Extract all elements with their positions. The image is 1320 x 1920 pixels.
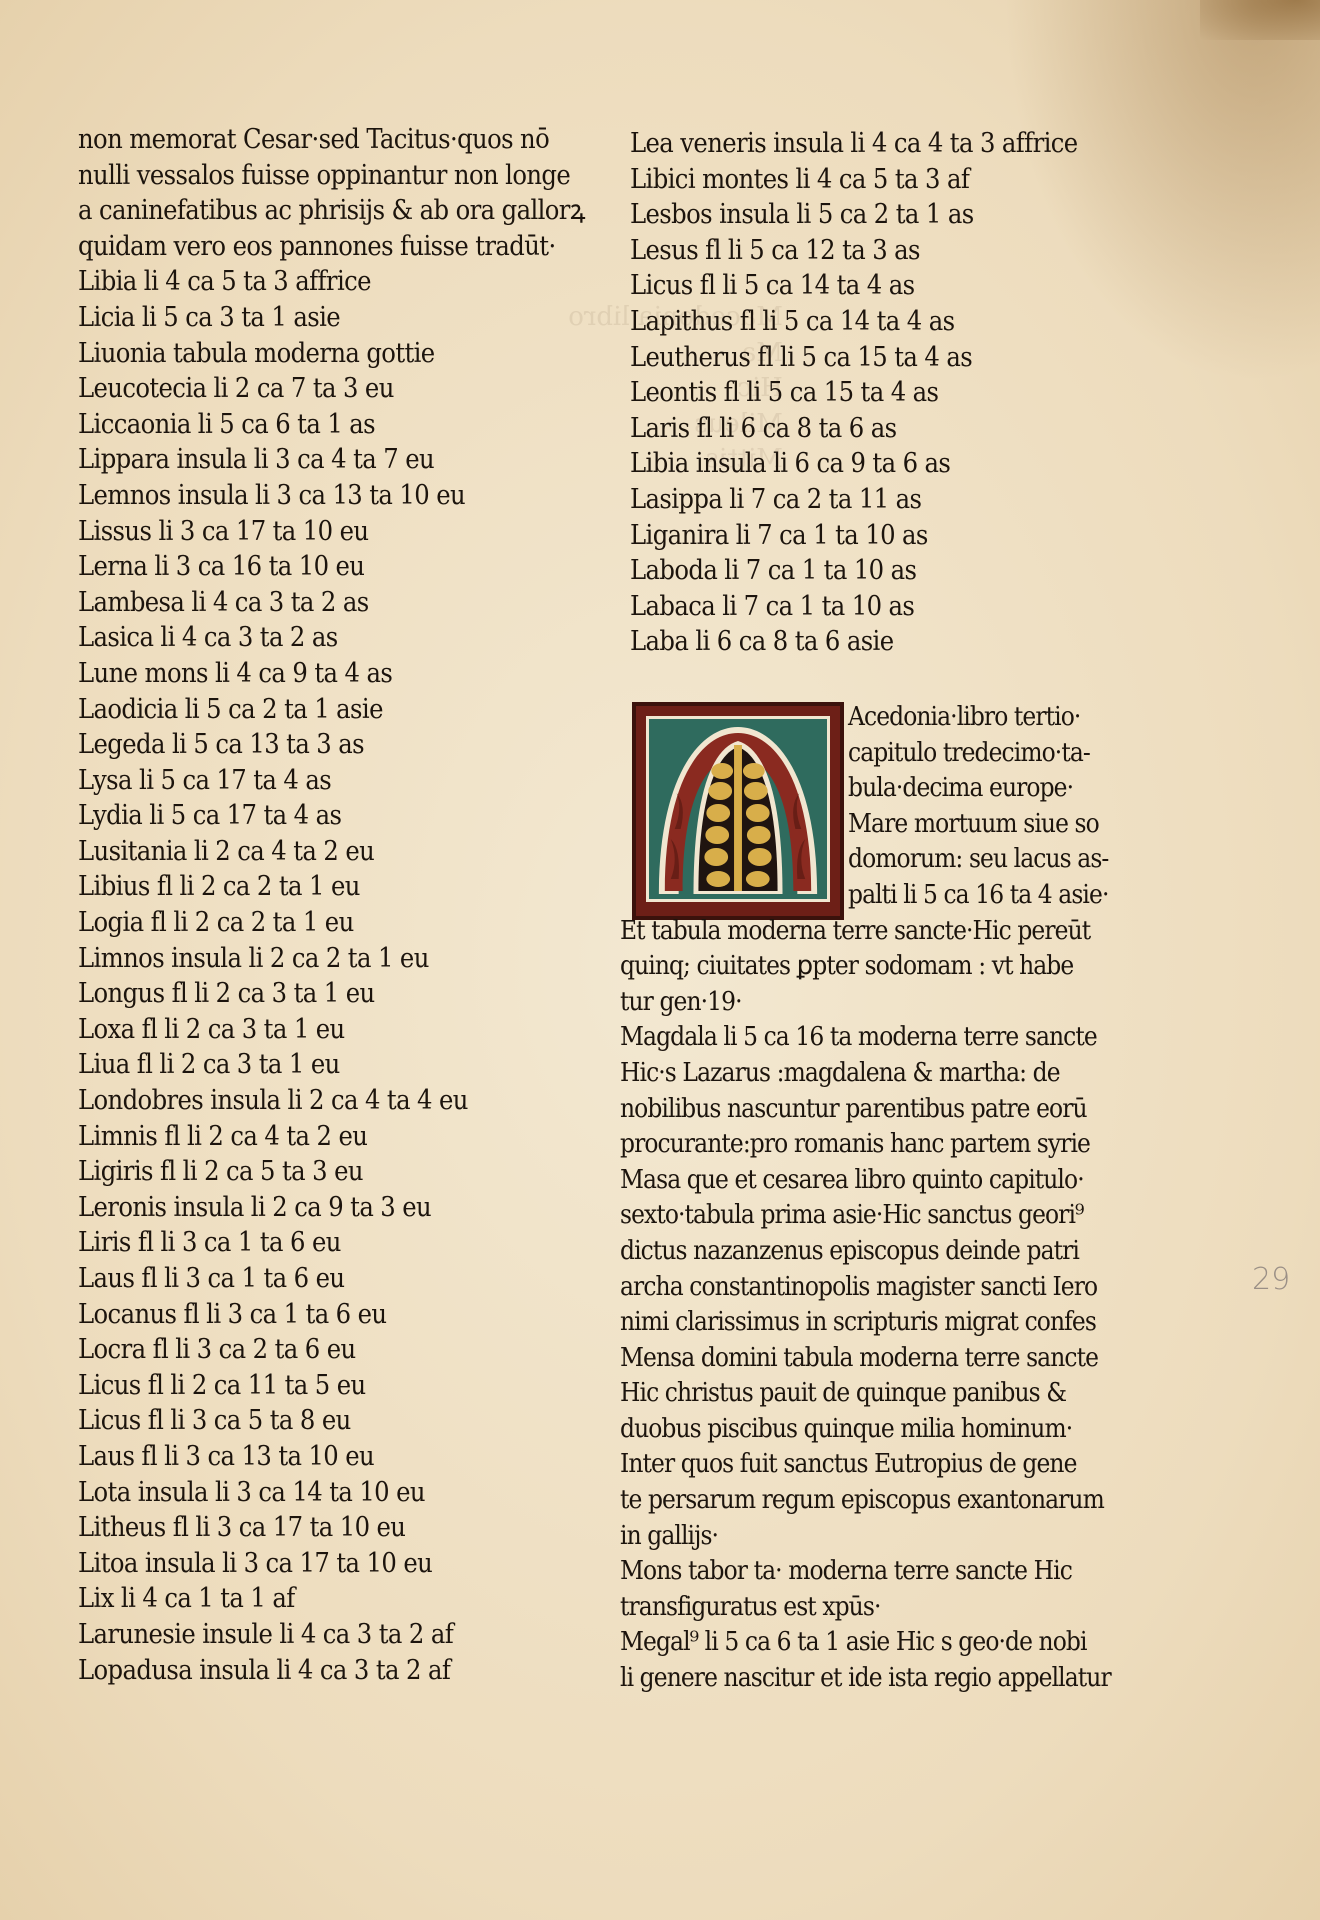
text-line: a caninefatibus ac phrisijs & ab ora gal… <box>78 193 578 229</box>
corner-stain <box>1200 0 1320 40</box>
gazetteer-entry: Lesbos insula li 5 ca 2 ta 1 as <box>630 197 1120 233</box>
text-line: Hic christus pauit de quinque panibus & <box>620 1376 1100 1412</box>
gazetteer-entry: Laodicia li 5 ca 2 ta 1 asie <box>78 692 578 728</box>
text-line: nimi clarissimus in scripturis migrat co… <box>620 1305 1100 1341</box>
text-line: Mare mortuum siue so <box>620 807 1100 843</box>
gazetteer-entry: Liuonia tabula moderna gottie <box>78 336 578 372</box>
gazetteer-entry: Limnos insula li 2 ca 2 ta 1 eu <box>78 941 578 977</box>
gazetteer-entry: Lesus fl li 5 ca 12 ta 3 as <box>630 233 1120 269</box>
gazetteer-entry: Larunesie insule li 4 ca 3 ta 2 af <box>78 1617 578 1653</box>
gazetteer-entry: Licus fl li 3 ca 5 ta 8 eu <box>78 1403 578 1439</box>
gazetteer-entry: Lapithus fl li 5 ca 14 ta 4 as <box>630 304 1120 340</box>
gazetteer-entry: Lerna li 3 ca 16 ta 10 eu <box>78 549 578 585</box>
gazetteer-entry: Libici montes li 4 ca 5 ta 3 af <box>630 162 1120 198</box>
gazetteer-entry: Leronis insula li 2 ca 9 ta 3 eu <box>78 1190 578 1226</box>
gazetteer-entry: Lasippa li 7 ca 2 ta 11 as <box>630 482 1120 518</box>
gazetteer-entry: Laris fl li 6 ca 8 ta 6 as <box>630 411 1120 447</box>
text-line: archa constantinopolis magister sancti I… <box>620 1270 1100 1306</box>
text-line: Mons tabor ta· moderna terre sancte Hic <box>620 1554 1100 1590</box>
text-line: Mensa domini tabula moderna terre sancte <box>620 1341 1100 1377</box>
folio-number-pencil: 29 <box>1252 1262 1290 1297</box>
text-line: nulli vessalos fuisse oppinantur non lon… <box>78 158 578 194</box>
gazetteer-entry: Loxa fl li 2 ca 3 ta 1 eu <box>78 1012 578 1048</box>
text-line: quidam vero eos pannones fuisse tradūt· <box>78 229 578 265</box>
text-line: tur gen·19· <box>620 985 1100 1021</box>
text-line: Magdala li 5 ca 16 ta moderna terre sanc… <box>620 1020 1100 1056</box>
left-column: non memorat Cesar·sed Tacitus·quos nō nu… <box>78 122 578 1688</box>
gazetteer-entry: Londobres insula li 2 ca 4 ta 4 eu <box>78 1083 578 1119</box>
gazetteer-entry: Lota insula li 3 ca 14 ta 10 eu <box>78 1475 578 1511</box>
gazetteer-entry: Lix li 4 ca 1 ta 1 af <box>78 1581 578 1617</box>
gazetteer-entry: Laus fl li 3 ca 1 ta 6 eu <box>78 1261 578 1297</box>
text-line: Acedonia·libro tertio· <box>620 700 1100 736</box>
gazetteer-entry: Leucotecia li 2 ca 7 ta 3 eu <box>78 371 578 407</box>
gazetteer-entry: Laba li 6 ca 8 ta 6 asie <box>630 624 1120 660</box>
text-line: Masa que et cesarea libro quinto capitul… <box>620 1163 1100 1199</box>
gazetteer-entry: Libius fl li 2 ca 2 ta 1 eu <box>78 869 578 905</box>
gazetteer-entry: Lea veneris insula li 4 ca 4 ta 3 affric… <box>630 126 1120 162</box>
gazetteer-entry: Lydia li 5 ca 17 ta 4 as <box>78 798 578 834</box>
text-line: Inter quos fuit sanctus Eutropius de gen… <box>620 1447 1100 1483</box>
text-line: sexto·tabula prima asie·Hic sanctus geor… <box>620 1198 1100 1234</box>
text-line: domorum: seu lacus as- <box>620 842 1100 878</box>
parchment-page: Macedonia libro Ma Hic Mileus Mittis non… <box>0 0 1320 1920</box>
text-line: Et tabula moderna terre sancte·Hic pereū… <box>620 914 1100 950</box>
macedonia-entry: Acedonia·libro tertio· capitulo tredecim… <box>620 700 1100 1697</box>
right-column: Lea veneris insula li 4 ca 4 ta 3 affric… <box>630 126 1120 660</box>
text-line: Megal⁹ li 5 ca 6 ta 1 asie Hic s geo·de … <box>620 1625 1100 1661</box>
text-line: duobus piscibus quinque milia hominum· <box>620 1412 1100 1448</box>
gazetteer-entry: Litoa insula li 3 ca 17 ta 10 eu <box>78 1546 578 1582</box>
gazetteer-entry: Lusitania li 2 ca 4 ta 2 eu <box>78 834 578 870</box>
gazetteer-entry: Locanus fl li 3 ca 1 ta 6 eu <box>78 1297 578 1333</box>
gazetteer-entry: Lambesa li 4 ca 3 ta 2 as <box>78 585 578 621</box>
gazetteer-entry: Licus fl li 2 ca 11 ta 5 eu <box>78 1368 578 1404</box>
gazetteer-entry: Limnis fl li 2 ca 4 ta 2 eu <box>78 1119 578 1155</box>
text-line: dictus nazanzenus episcopus deinde patri <box>620 1234 1100 1270</box>
text-line: nobilibus nascuntur parentibus patre eor… <box>620 1092 1100 1128</box>
text-line: li genere nascitur et ide ista regio app… <box>620 1661 1100 1697</box>
gazetteer-entry: Laboda li 7 ca 1 ta 10 as <box>630 553 1120 589</box>
gazetteer-entry: Ligiris fl li 2 ca 5 ta 3 eu <box>78 1154 578 1190</box>
gazetteer-entry: Labaca li 7 ca 1 ta 10 as <box>630 589 1120 625</box>
text-line: te persarum regum episcopus exantonarum <box>620 1483 1100 1519</box>
text-line: palti li 5 ca 16 ta 4 asie· <box>620 878 1100 914</box>
text-line: procurante:pro romanis hanc partem syrie <box>620 1127 1100 1163</box>
text-line: quinq; ciuitates ꝑpter sodomam : vt habe <box>620 949 1100 985</box>
text-line: transfiguratus est xpūs· <box>620 1590 1100 1626</box>
gazetteer-entry: Longus fl li 2 ca 3 ta 1 eu <box>78 976 578 1012</box>
gazetteer-entry: Laus fl li 3 ca 13 ta 10 eu <box>78 1439 578 1475</box>
gazetteer-entry: Liua fl li 2 ca 3 ta 1 eu <box>78 1047 578 1083</box>
gazetteer-entry: Lippara insula li 3 ca 4 ta 7 eu <box>78 442 578 478</box>
gazetteer-entry: Lissus li 3 ca 17 ta 10 eu <box>78 514 578 550</box>
gazetteer-entry: Logia fl li 2 ca 2 ta 1 eu <box>78 905 578 941</box>
gazetteer-entry: Licia li 5 ca 3 ta 1 asie <box>78 300 578 336</box>
text-line: bula·decima europe· <box>620 771 1100 807</box>
gazetteer-entry: Lune mons li 4 ca 9 ta 4 as <box>78 656 578 692</box>
text-line: in gallijs· <box>620 1519 1100 1555</box>
gazetteer-entry: Lemnos insula li 3 ca 13 ta 10 eu <box>78 478 578 514</box>
text-line: capitulo tredecimo·ta- <box>620 736 1100 772</box>
gazetteer-entry: Leutherus fl li 5 ca 15 ta 4 as <box>630 340 1120 376</box>
gazetteer-entry: Lasica li 4 ca 3 ta 2 as <box>78 620 578 656</box>
gazetteer-entry: Liris fl li 3 ca 1 ta 6 eu <box>78 1225 578 1261</box>
text-line: non memorat Cesar·sed Tacitus·quos nō <box>78 122 578 158</box>
text-line: Hic·s Lazarus :magdalena & martha: de <box>620 1056 1100 1092</box>
gazetteer-entry: Liccaonia li 5 ca 6 ta 1 as <box>78 407 578 443</box>
gazetteer-entry: Litheus fl li 3 ca 17 ta 10 eu <box>78 1510 578 1546</box>
gazetteer-entry: Lopadusa insula li 4 ca 3 ta 2 af <box>78 1653 578 1689</box>
gazetteer-entry: Lysa li 5 ca 17 ta 4 as <box>78 763 578 799</box>
gazetteer-entry: Libia li 4 ca 5 ta 3 affrice <box>78 264 578 300</box>
gazetteer-entry: Licus fl li 5 ca 14 ta 4 as <box>630 268 1120 304</box>
gazetteer-entry: Libia insula li 6 ca 9 ta 6 as <box>630 446 1120 482</box>
gazetteer-entry: Legeda li 5 ca 13 ta 3 as <box>78 727 578 763</box>
gazetteer-entry: Locra fl li 3 ca 2 ta 6 eu <box>78 1332 578 1368</box>
gazetteer-entry: Liganira li 7 ca 1 ta 10 as <box>630 518 1120 554</box>
gazetteer-entry: Leontis fl li 5 ca 15 ta 4 as <box>630 375 1120 411</box>
